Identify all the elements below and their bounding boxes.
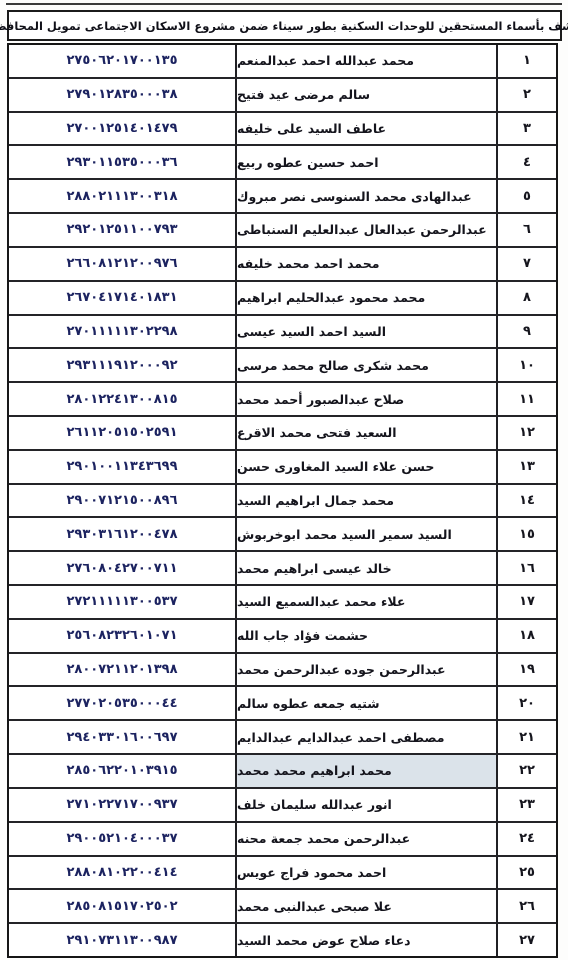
claimant-name-cell: عاطف السيد على خليفه (237, 113, 498, 145)
claimant-name-cell: حشمت فؤاد جاب الله (237, 620, 498, 652)
claimant-name-cell: السعيد فتحى محمد الاقرع (237, 417, 498, 449)
national-id-cell: ٢٦١١٢٠٥١٥٠٢٥٩١ (9, 417, 237, 449)
national-id-cell: ٢٧١٠٢٢٧١٧٠٠٩٣٧ (9, 789, 237, 821)
claimant-name-cell: محمد عبدالله احمد عبدالمنعم (237, 45, 498, 77)
table-row: ٢٥٦٠٨٢٣٢٦٠١٠٧١حشمت فؤاد جاب الله١٨ (9, 620, 556, 654)
table-row: ٢٨٥٠٨١٥١٧٠٢٥٠٢علا صبحى عبدالنبى محمد٢٦ (9, 890, 556, 924)
claimant-name-cell: سالم مرضى عيد فتيح (237, 79, 498, 111)
row-number-cell: ٢٢ (498, 755, 556, 787)
table-row: ٢٩٠٠٥٢١٠٤٠٠٠٣٧عبدالرحمن محمد جمعة محنه٢٤ (9, 823, 556, 857)
row-number-cell: ١٨ (498, 620, 556, 652)
row-number-cell: ٧ (498, 248, 556, 280)
table-row: ٢٨٠١٢٢٤١٣٠٠٨١٥صلاح عبدالصبور أحمد محمد١١ (9, 383, 556, 417)
national-id-cell: ٢٧٢١١١١١٣٠٠٥٣٧ (9, 586, 237, 618)
row-number-cell: ٥ (498, 180, 556, 212)
row-number-cell: ١٠ (498, 349, 556, 381)
claimant-name-cell: محمد جمال ابراهيم السيد (237, 485, 498, 517)
table-row: ٢٩٢٠١٢٥١١٠٠٧٩٣عبدالرحمن عبدالعال عبدالعل… (9, 214, 556, 248)
national-id-cell: ٢٩٤٠٣٣٠١٦٠٠٦٩٧ (9, 721, 237, 753)
claimant-name-cell: عبدالهادى محمد السنوسى نصر مبروك (237, 180, 498, 212)
national-id-cell: ٢٧٧٠٢٠٥٣٥٠٠٠٤٤ (9, 687, 237, 719)
scanned-document-page: كشف بأسماء المستحقين للوحدات السكنية بطو… (0, 0, 568, 960)
claimant-name-cell: خالد عيسى ابراهيم محمد (237, 552, 498, 584)
row-number-cell: ١١ (498, 383, 556, 415)
claimant-name-cell: شتيه جمعه عطوه سالم (237, 687, 498, 719)
claimant-name-cell: عبدالرحمن جوده عبدالرحمن محمد (237, 654, 498, 686)
row-number-cell: ١٢ (498, 417, 556, 449)
row-number-cell: ٤ (498, 146, 556, 178)
national-id-cell: ٢٦٦٠٨١٢١٢٠٠٩٧٦ (9, 248, 237, 280)
row-number-cell: ٢١ (498, 721, 556, 753)
national-id-cell: ٢٨٨٠٢١١١٣٠٠٣١٨ (9, 180, 237, 212)
claimant-name-cell: مصطفى احمد عبدالدايم عبدالدايم (237, 721, 498, 753)
national-id-cell: ٢٥٦٠٨٢٣٢٦٠١٠٧١ (9, 620, 237, 652)
claimant-name-cell: محمد ابراهيم محمد محمد (237, 755, 498, 787)
claimants-table: ٢٧٥٠٦٢٠١٧٠٠١٣٥محمد عبدالله احمد عبدالمنع… (7, 43, 558, 958)
national-id-cell: ٢٧٩٠١٢٨٣٥٠٠٠٣٨ (9, 79, 237, 111)
claimant-name-cell: احمد محمود فراج عويس (237, 857, 498, 889)
row-number-cell: ٩ (498, 316, 556, 348)
claimant-name-cell: حسن علاء السيد المغاورى حسن (237, 451, 498, 483)
page-top-rule (6, 3, 562, 5)
claimant-name-cell: عبدالرحمن عبدالعال عبدالعليم السنباطى (237, 214, 498, 246)
document-title-box: كشف بأسماء المستحقين للوحدات السكنية بطو… (7, 10, 562, 41)
national-id-cell: ٢٨٥٠٨١٥١٧٠٢٥٠٢ (9, 890, 237, 922)
table-row: ٢٦٦٠٨١٢١٢٠٠٩٧٦محمد احمد محمد خليفه٧ (9, 248, 556, 282)
table-row: ٢٧٠١١١١١٣٠٢٢٩٨السيد احمد السيد عيسى٩ (9, 316, 556, 350)
claimant-name-cell: السيد سمير السيد محمد ابوخربوش (237, 518, 498, 550)
national-id-cell: ٢٩٣١١١٩١٢٠٠٠٩٢ (9, 349, 237, 381)
table-row: ٢٨٥٠٦٢٢٠١٠٣٩١٥محمد ابراهيم محمد محمد٢٢ (9, 755, 556, 789)
table-row: ٢٧١٠٢٢٧١٧٠٠٩٣٧انور عبدالله سليمان خلف٢٣ (9, 789, 556, 823)
national-id-cell: ٢٩٠٠٧١٢١٥٠٠٨٩٦ (9, 485, 237, 517)
national-id-cell: ٢٩٣٠١١٥٣٥٠٠٠٣٦ (9, 146, 237, 178)
table-row: ٢٩٠٠٧١٢١٥٠٠٨٩٦محمد جمال ابراهيم السيد١٤ (9, 485, 556, 519)
table-row: ٢٩١٠٧٣١١٣٠٠٩٨٧دعاء صلاح عوض محمد السيد٢٧ (9, 924, 556, 956)
row-number-cell: ١٤ (498, 485, 556, 517)
table-row: ٢٦١١٢٠٥١٥٠٢٥٩١السعيد فتحى محمد الاقرع١٢ (9, 417, 556, 451)
row-number-cell: ٢٧ (498, 924, 556, 956)
table-row: ٢٨٠٠٧٢١١٢٠١٣٩٨عبدالرحمن جوده عبدالرحمن م… (9, 654, 556, 688)
claimant-name-cell: احمد حسين عطوه ربيع (237, 146, 498, 178)
row-number-cell: ٢٠ (498, 687, 556, 719)
row-number-cell: ٢٥ (498, 857, 556, 889)
national-id-cell: ٢٨٨٠٨١٠٢٢٠٠٤١٤ (9, 857, 237, 889)
row-number-cell: ٢٣ (498, 789, 556, 821)
row-number-cell: ١٧ (498, 586, 556, 618)
national-id-cell: ٢٩٢٠١٢٥١١٠٠٧٩٣ (9, 214, 237, 246)
table-row: ٢٩٣١١١٩١٢٠٠٠٩٢محمد شكرى صالح محمد مرسى١٠ (9, 349, 556, 383)
national-id-cell: ٢٨٠١٢٢٤١٣٠٠٨١٥ (9, 383, 237, 415)
row-number-cell: ١٦ (498, 552, 556, 584)
table-row: ٢٨٨٠٨١٠٢٢٠٠٤١٤احمد محمود فراج عويس٢٥ (9, 857, 556, 891)
national-id-cell: ٢٦٧٠٤١٧١٤٠١٨٣١ (9, 282, 237, 314)
table-row: ٢٧٧٠٢٠٥٣٥٠٠٠٤٤شتيه جمعه عطوه سالم٢٠ (9, 687, 556, 721)
claimant-name-cell: انور عبدالله سليمان خلف (237, 789, 498, 821)
claimant-name-cell: علا صبحى عبدالنبى محمد (237, 890, 498, 922)
table-row: ٢٩٤٠٣٣٠١٦٠٠٦٩٧مصطفى احمد عبدالدايم عبدال… (9, 721, 556, 755)
row-number-cell: ٢٤ (498, 823, 556, 855)
national-id-cell: ٢٨٥٠٦٢٢٠١٠٣٩١٥ (9, 755, 237, 787)
table-row: ٢٦٧٠٤١٧١٤٠١٨٣١محمد محمود عبدالحليم ابراه… (9, 282, 556, 316)
table-row: ٢٩٠١٠٠١١٣٤٣٦٩٩حسن علاء السيد المغاورى حس… (9, 451, 556, 485)
row-number-cell: ١٣ (498, 451, 556, 483)
table-row: ٢٧٦٠٨٠٤٢٧٠٠٧١١خالد عيسى ابراهيم محمد١٦ (9, 552, 556, 586)
national-id-cell: ٢٩١٠٧٣١١٣٠٠٩٨٧ (9, 924, 237, 956)
row-number-cell: ٢٦ (498, 890, 556, 922)
national-id-cell: ٢٧٠٠١٢٥١٤٠١٤٧٩ (9, 113, 237, 145)
row-number-cell: ٢ (498, 79, 556, 111)
national-id-cell: ٢٧٥٠٦٢٠١٧٠٠١٣٥ (9, 45, 237, 77)
table-row: ٢٩٣٠٣١٦١٢٠٠٤٧٨السيد سمير السيد محمد ابوخ… (9, 518, 556, 552)
row-number-cell: ٦ (498, 214, 556, 246)
row-number-cell: ١٥ (498, 518, 556, 550)
table-row: ٢٩٣٠١١٥٣٥٠٠٠٣٦احمد حسين عطوه ربيع٤ (9, 146, 556, 180)
table-row: ٢٧٥٠٦٢٠١٧٠٠١٣٥محمد عبدالله احمد عبدالمنع… (9, 45, 556, 79)
row-number-cell: ٨ (498, 282, 556, 314)
national-id-cell: ٢٧٠١١١١١٣٠٢٢٩٨ (9, 316, 237, 348)
row-number-cell: ١٩ (498, 654, 556, 686)
claimant-name-cell: محمد محمود عبدالحليم ابراهيم (237, 282, 498, 314)
claimant-name-cell: صلاح عبدالصبور أحمد محمد (237, 383, 498, 415)
table-row: ٢٧٢١١١١١٣٠٠٥٣٧علاء محمد عبدالسميع السيد١… (9, 586, 556, 620)
national-id-cell: ٢٩٣٠٣١٦١٢٠٠٤٧٨ (9, 518, 237, 550)
table-row: ٢٨٨٠٢١١١٣٠٠٣١٨عبدالهادى محمد السنوسى نصر… (9, 180, 556, 214)
national-id-cell: ٢٩٠١٠٠١١٣٤٣٦٩٩ (9, 451, 237, 483)
document-title: كشف بأسماء المستحقين للوحدات السكنية بطو… (0, 19, 568, 33)
national-id-cell: ٢٧٦٠٨٠٤٢٧٠٠٧١١ (9, 552, 237, 584)
claimant-name-cell: محمد شكرى صالح محمد مرسى (237, 349, 498, 381)
claimant-name-cell: محمد احمد محمد خليفه (237, 248, 498, 280)
row-number-cell: ٣ (498, 113, 556, 145)
claimant-name-cell: دعاء صلاح عوض محمد السيد (237, 924, 498, 956)
claimant-name-cell: عبدالرحمن محمد جمعة محنه (237, 823, 498, 855)
table-row: ٢٧٩٠١٢٨٣٥٠٠٠٣٨سالم مرضى عيد فتيح٢ (9, 79, 556, 113)
national-id-cell: ٢٩٠٠٥٢١٠٤٠٠٠٣٧ (9, 823, 237, 855)
row-number-cell: ١ (498, 45, 556, 77)
table-row: ٢٧٠٠١٢٥١٤٠١٤٧٩عاطف السيد على خليفه٣ (9, 113, 556, 147)
claimant-name-cell: علاء محمد عبدالسميع السيد (237, 586, 498, 618)
claimant-name-cell: السيد احمد السيد عيسى (237, 316, 498, 348)
national-id-cell: ٢٨٠٠٧٢١١٢٠١٣٩٨ (9, 654, 237, 686)
